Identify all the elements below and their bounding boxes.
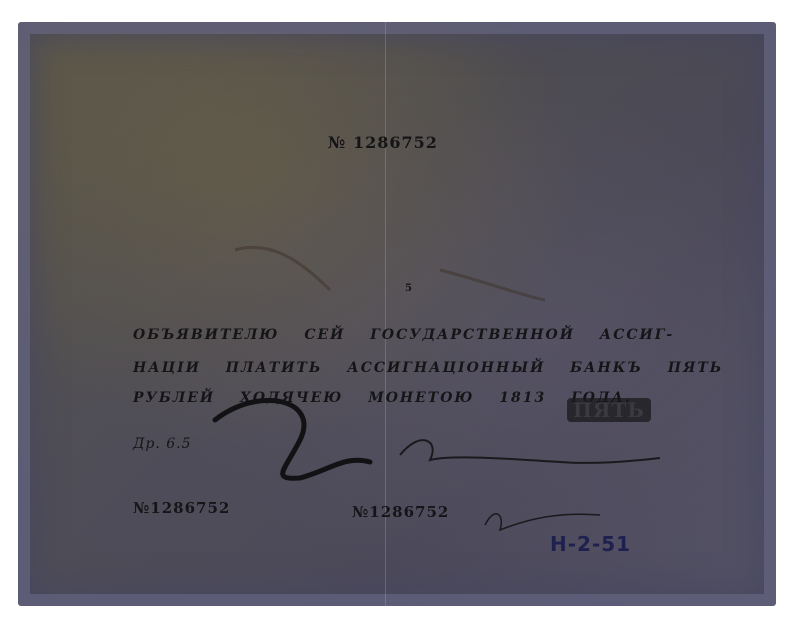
pencil-mark xyxy=(235,247,545,300)
signature-3 xyxy=(485,514,600,530)
signatures xyxy=(0,0,800,631)
signature-2 xyxy=(400,440,660,463)
signature-1 xyxy=(215,400,370,478)
